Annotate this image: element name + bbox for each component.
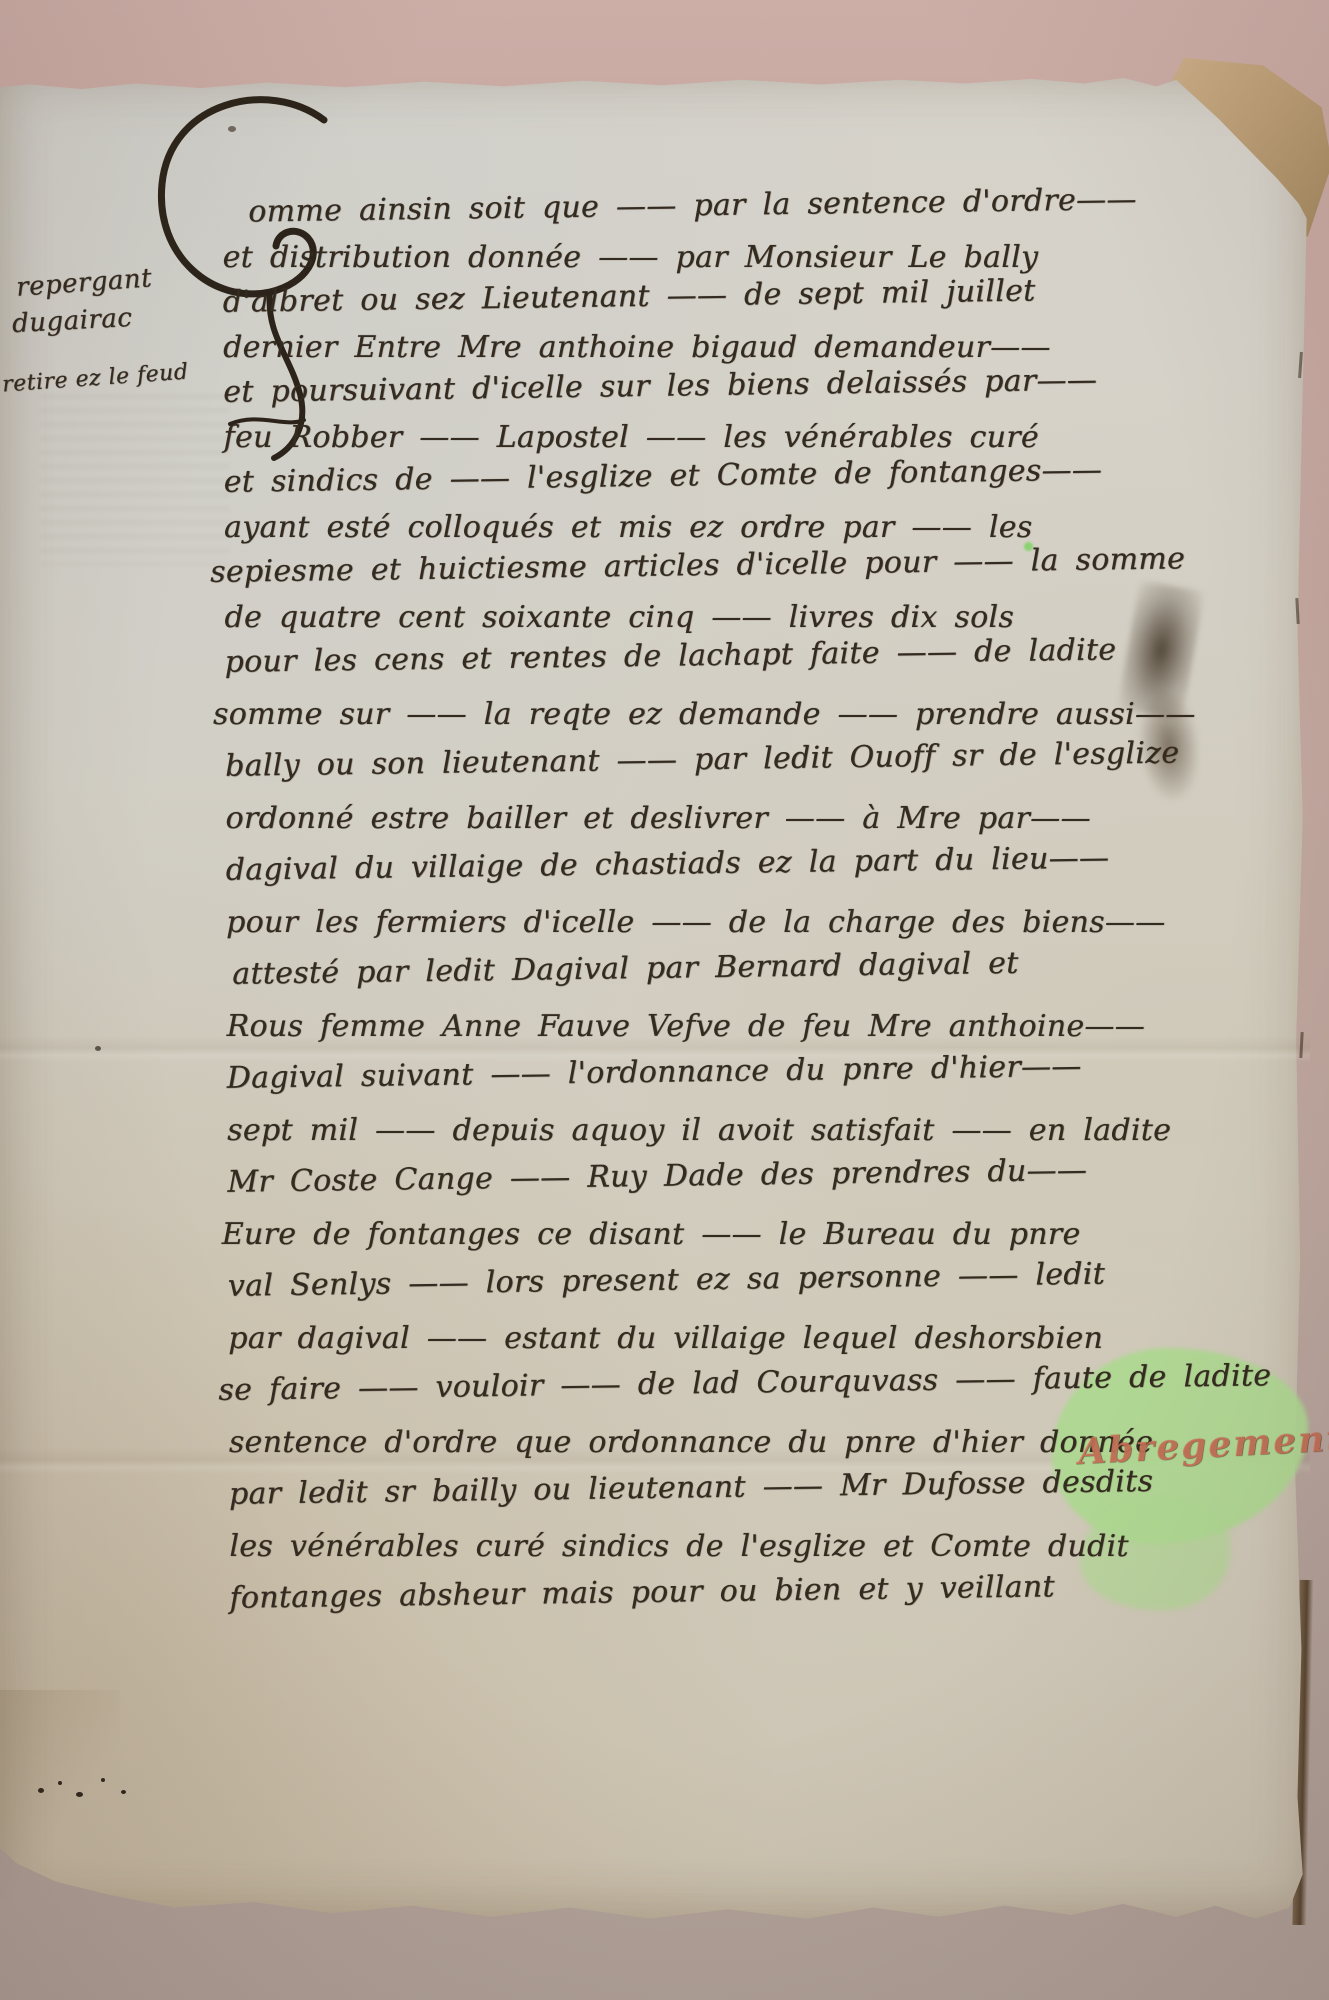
edge-crease-tick	[1295, 598, 1299, 624]
corner-crease-shadow	[0, 1690, 120, 1900]
ink-speck	[228, 126, 236, 132]
photo-of-manuscript: { "photo": { "mat_top_color": "#ccaea7",…	[0, 0, 1329, 2000]
ink-smudge	[1134, 687, 1203, 802]
ink-speck	[76, 1792, 83, 1797]
margin-note: dugairac	[11, 303, 133, 339]
ink-speck	[58, 1781, 62, 1785]
ink-speck	[101, 1778, 105, 1782]
manuscript-text-block: omme ainsin soit que —— par la sentence …	[222, 189, 1300, 1633]
ink-speck	[95, 1046, 101, 1051]
ink-speck	[121, 1790, 126, 1794]
ink-speck	[38, 1788, 44, 1793]
